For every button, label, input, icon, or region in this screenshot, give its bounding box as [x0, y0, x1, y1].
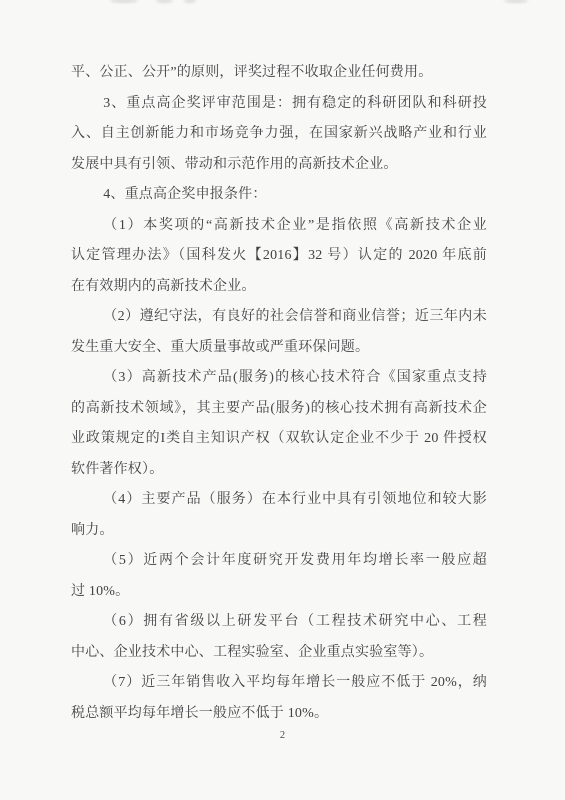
text-line: 发展中具有引领、带动和示范作用的高新技术企业。	[71, 150, 487, 181]
text-line: 业政策规定的I类自主知识产权（双软认定企业不少于 20 件授权	[71, 424, 487, 455]
text-line: 入、自主创新能力和市场竞争力强，在国家新兴战略产业和行业	[71, 119, 487, 150]
text-line: 4、重点高企奖申报条件：	[71, 180, 487, 211]
text-line: 中心、企业技术中心、工程实验室、企业重点实验室等）。	[71, 638, 487, 669]
text-line: 平、公正、公开”的原则，评奖过程不收取企业任何费用。	[71, 58, 487, 89]
scan-artifact	[156, 0, 173, 3]
document-text-block: 平、公正、公开”的原则，评奖过程不收取企业任何费用。 3、重点高企奖评审范围是：…	[71, 58, 487, 729]
document-page: 平、公正、公开”的原则，评奖过程不收取企业任何费用。 3、重点高企奖评审范围是：…	[0, 0, 565, 800]
text-line: （4）主要产品（服务）在本行业中具有引领地位和较大影	[71, 485, 487, 516]
text-line: （6）拥有省级以上研发平台（工程技术研究中心、工程	[71, 607, 487, 638]
text-line: 在有效期内的高新技术企业。	[71, 272, 487, 303]
text-line: （2）遵纪守法，有良好的社会信誉和商业信誉；近三年内未	[71, 302, 487, 333]
text-line: 税总额平均每年增长一般应不低于 10%。	[71, 699, 487, 730]
scan-artifact	[184, 0, 196, 3]
text-line: 3、重点高企奖评审范围是：拥有稳定的科研团队和科研投	[71, 89, 487, 120]
text-line: （5）近两个会计年度研究开发费用年均增长率一般应超	[71, 546, 487, 577]
text-line: 认定管理办法》（国科发火【2016】32 号）认定的 2020 年底前	[71, 241, 487, 272]
text-line: （1）本奖项的“高新技术企业”是指依照《高新技术企业	[71, 211, 487, 242]
scan-artifact	[110, 0, 138, 3]
page-number: 2	[0, 729, 565, 743]
text-line: （7）近三年销售收入平均每年增长一般应不低于 20%，纳	[71, 668, 487, 699]
text-line: （3）高新技术产品(服务)的核心技术符合《国家重点支持	[71, 363, 487, 394]
text-line: 发生重大安全、重大质量事故或严重环保问题。	[71, 333, 487, 364]
text-line: 的高新技术领域》，其主要产品(服务)的核心技术拥有高新技术企	[71, 394, 487, 425]
text-line: 响力。	[71, 516, 487, 547]
scan-artifact	[504, 0, 528, 3]
text-line: 软件著作权）。	[71, 455, 487, 486]
text-line: 过 10%。	[71, 577, 487, 608]
